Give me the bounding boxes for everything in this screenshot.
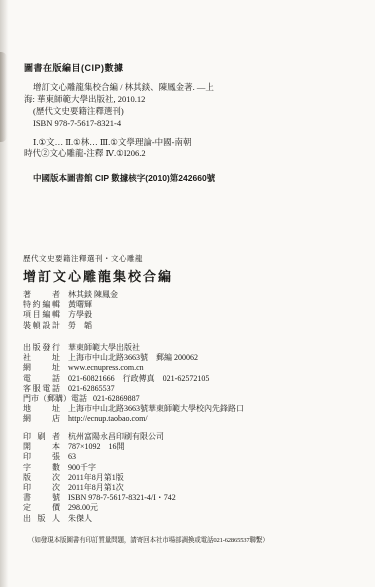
cip-block: 圖書在版編目(CIP)數據 增訂文心雕龍集校合編 / 林其錟、陳鳳金著. —上 … (24, 62, 354, 184)
printing-label: 印次 (23, 483, 60, 493)
publishing-label: 網址 (23, 363, 60, 373)
publishing-label: 網店 (23, 414, 60, 424)
credit-row-special-editor: 特約編輯黃曙輝 (23, 300, 363, 310)
series-title: 歷代文史要籍注釋選刊・文心雕龍 (23, 253, 353, 264)
publishing-value: www.ecnupress.com.cn (68, 363, 144, 373)
cip-isbn-line: ISBN 978-7-5617-8321-4 (24, 117, 354, 129)
cip-series-line: (歷代文史要籍注釋選刊) (24, 105, 354, 117)
printing-row-edition: 版次2011年8月第1版 (23, 473, 363, 483)
publishing-value: http://ecnup.taobao.com/ (68, 414, 148, 424)
credit-label: 項目編輯 (23, 310, 60, 320)
credit-value: 黃曙輝 (68, 300, 92, 310)
scan-edge-shadow (0, 0, 10, 587)
publishing-label: 客服電話 (23, 384, 60, 394)
publishing-value: 華東師範大學出版社 (68, 343, 140, 353)
publishing-value: 021-62869887 (93, 394, 140, 404)
publishing-row-store-address: 地址上海市中山北路3663號華東師範大學校內先鋒路口 (23, 404, 363, 414)
credit-value: 方學毅 (68, 310, 92, 320)
publisher-person-label: 出版人 (23, 514, 60, 524)
printing-value: 298.00元 (68, 503, 98, 513)
publishing-row-website: 網址www.ecnupress.com.cn (23, 363, 363, 373)
cip-header: 圖書在版編目(CIP)數據 (24, 62, 354, 74)
printing-row-sheets: 印張63 (23, 452, 363, 462)
credit-value: 林其錟 陳鳳金 (68, 290, 118, 300)
publishing-label: 地址 (23, 404, 60, 414)
scan-edge-blotch (0, 52, 7, 142)
publishing-value: 021-62865537 (68, 384, 115, 394)
printing-value: 2011年8月第1版 (68, 473, 124, 483)
publishing-row-phone: 電話021-60821666 行政傳真 021-62572105 (23, 374, 363, 384)
printing-value: 900千字 (68, 463, 96, 473)
printing-label: 定價 (23, 503, 60, 513)
publishing-row-address: 社址上海市中山北路3663號 郵編 200062 (23, 353, 363, 363)
cip-record-number: 中國版本圖書館 CIP 數據核字(2010)第242660號 (24, 172, 354, 184)
publisher-person-row: 出版人朱傑人 (23, 514, 363, 524)
printing-value: ISBN 978-7-5617-8321-4/I・742 (68, 493, 176, 503)
credits-block: 著者林其錟 陳鳳金 特約編輯黃曙輝 項目編輯方學毅 裝幀設計勞 韜 (23, 290, 363, 331)
printing-label: 開本 (23, 442, 60, 452)
printing-row-price: 定價298.00元 (23, 503, 363, 513)
book-title: 增訂文心雕龍集校合編 (23, 266, 353, 285)
cip-classification-line-2: 時代②文心雕龍-注釋 Ⅳ.①I206.2 (24, 148, 354, 159)
printing-row-wordcount: 字數900千字 (23, 463, 363, 473)
title-block: 歷代文史要籍注釋選刊・文心雕龍 增訂文心雕龍集校合編 (23, 253, 353, 285)
printing-value: 2011年8月第1次 (68, 483, 124, 493)
cip-publisher-line: 海: 華東師範大學出版社, 2010.12 (24, 93, 354, 105)
printing-row-printer: 印刷者杭州富陽永昌印刷有限公司 (23, 432, 363, 442)
book-copyright-page: 圖書在版編目(CIP)數據 增訂文心雕龍集校合編 / 林其錟、陳鳳金著. —上 … (0, 0, 375, 587)
printing-block: 印刷者杭州富陽永昌印刷有限公司 開本787×1092 16開 印張63 字數90… (23, 432, 363, 514)
credit-label: 裝幀設計 (23, 321, 60, 331)
credit-label: 著者 (23, 290, 60, 300)
cip-classification-line-1: Ⅰ.①文… Ⅱ.①林… Ⅲ.①文學理論-中國-南朝 (24, 137, 354, 148)
printing-label: 印刷者 (23, 432, 60, 442)
printing-label: 印張 (23, 452, 60, 462)
printing-row-format: 開本787×1092 16開 (23, 442, 363, 452)
printing-label: 書號 (23, 493, 60, 503)
publishing-row-service-phone: 客服電話021-62865537 (23, 384, 363, 394)
publishing-label: 電話 (23, 374, 60, 384)
printing-value: 杭州富陽永昌印刷有限公司 (68, 432, 164, 442)
credit-row-project-editor: 項目編輯方學毅 (23, 310, 363, 320)
credit-value: 勞 韜 (68, 321, 92, 331)
publishing-value: 上海市中山北路3663號 郵編 200062 (68, 353, 198, 363)
credit-row-designer: 裝幀設計勞 韜 (23, 321, 363, 331)
printing-row-isbn: 書號ISBN 978-7-5617-8321-4/I・742 (23, 493, 363, 503)
publishing-value: 上海市中山北路3663號華東師範大學校內先鋒路口 (68, 404, 244, 414)
publishing-value: 021-60821666 行政傳真 021-62572105 (68, 374, 209, 384)
printing-row-impression: 印次2011年8月第1次 (23, 483, 363, 493)
credit-label: 特約編輯 (23, 300, 60, 310)
printing-value: 63 (68, 452, 76, 462)
publishing-row-online-store: 網店http://ecnup.taobao.com/ (23, 414, 363, 424)
quality-notice: （如發現本版圖書有印訂質量問題，請寄回本社市場部調換或電話021-6286553… (28, 537, 358, 545)
printing-label: 字數 (23, 463, 60, 473)
publisher-person-value: 朱傑人 (68, 514, 92, 524)
cip-title-line: 增訂文心雕龍集校合編 / 林其錟、陳鳳金著. —上 (24, 81, 354, 93)
publishing-row-publisher: 出版發行華東師範大學出版社 (23, 343, 363, 353)
printing-label: 版次 (23, 473, 60, 483)
printing-value: 787×1092 16開 (68, 442, 125, 452)
publishing-label: 門市（郵購）電話 (23, 394, 87, 404)
publishing-block: 出版發行華東師範大學出版社 社址上海市中山北路3663號 郵編 200062 網… (23, 343, 363, 425)
credit-row-author: 著者林其錟 陳鳳金 (23, 290, 363, 300)
publishing-label: 社址 (23, 353, 60, 363)
publishing-label: 出版發行 (23, 343, 60, 353)
publishing-row-store-phone: 門市（郵購）電話021-62869887 (23, 394, 363, 404)
